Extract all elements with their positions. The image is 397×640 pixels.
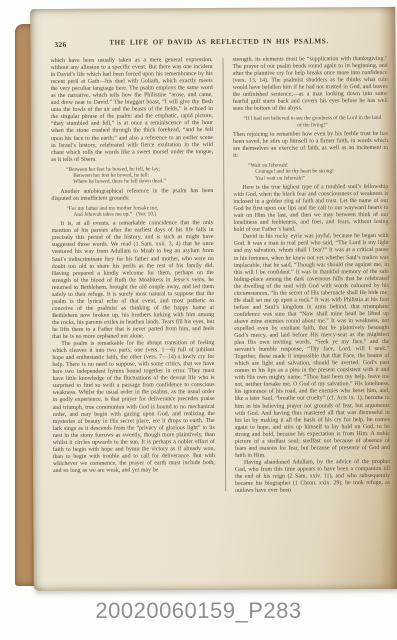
verse-quote-sisera: “Between her feet he bowed, he fell, he … (66, 166, 213, 186)
book-page: 326 THE LIFE OF DAVID AS REFLECTED IN HI… (30, 7, 397, 591)
left-column: which have been usually taken as a mere … (51, 57, 216, 496)
page-number: 326 (54, 40, 66, 49)
paragraph: Here is the true highest type of a troub… (233, 184, 388, 234)
paragraph: Then rejoicing to remember how even by h… (233, 131, 388, 160)
scripture-quote: “If I had not believed to see the goodne… (243, 115, 382, 128)
page-content: 326 THE LIFE OF DAVID AS REFLECTED IN HI… (50, 37, 390, 577)
verse-quote-wait-on-jehovah: “Wait on Jehovah! Courage! and let thy h… (248, 162, 388, 182)
paragraph: Having abandoned Adullam, by the advice … (235, 459, 390, 495)
verse-line: And Jehovah takes me up.”(Ver. 10.) (66, 211, 213, 218)
paragraph: It is, at all events, a remarkable coinc… (52, 220, 215, 341)
verse-reference: (Ver. 10.) (132, 211, 156, 217)
paragraph: Another autobiographical reference in th… (51, 188, 213, 203)
verse-line: Where he bowed, there he fell down dead.… (66, 178, 213, 185)
column-divider-rule (223, 58, 227, 491)
paragraph: strength, its elements must be “supplica… (233, 56, 388, 113)
scan-photo: 326 THE LIFE OF DAVID AS REFLECTED IN HI… (0, 0, 397, 640)
verse-line-text: And Jehovah takes me up.” (73, 211, 132, 217)
page-header: 326 THE LIFE OF DAVID AS REFLECTED IN HI… (50, 37, 387, 50)
running-title: THE LIFE OF DAVID AS REFLECTED IN HIS PS… (50, 37, 387, 47)
paragraph: David in his rocky eyrie was joyful, bec… (234, 233, 390, 459)
text-columns: which have been usually taken as a mere … (51, 56, 391, 496)
archive-id-label: 20020060159_P283 (0, 598, 397, 624)
verse-quote-psalm-27-10: “For my father and my mother forsake me,… (66, 205, 213, 218)
right-column: strength, its elements must be “supplica… (233, 56, 391, 495)
paragraph: The psalm is remarkable for the abrupt t… (52, 340, 215, 475)
verse-line: Yea! wait on Jehovah!” (248, 175, 388, 182)
paragraph: which have been usually taken as a mere … (51, 57, 214, 164)
